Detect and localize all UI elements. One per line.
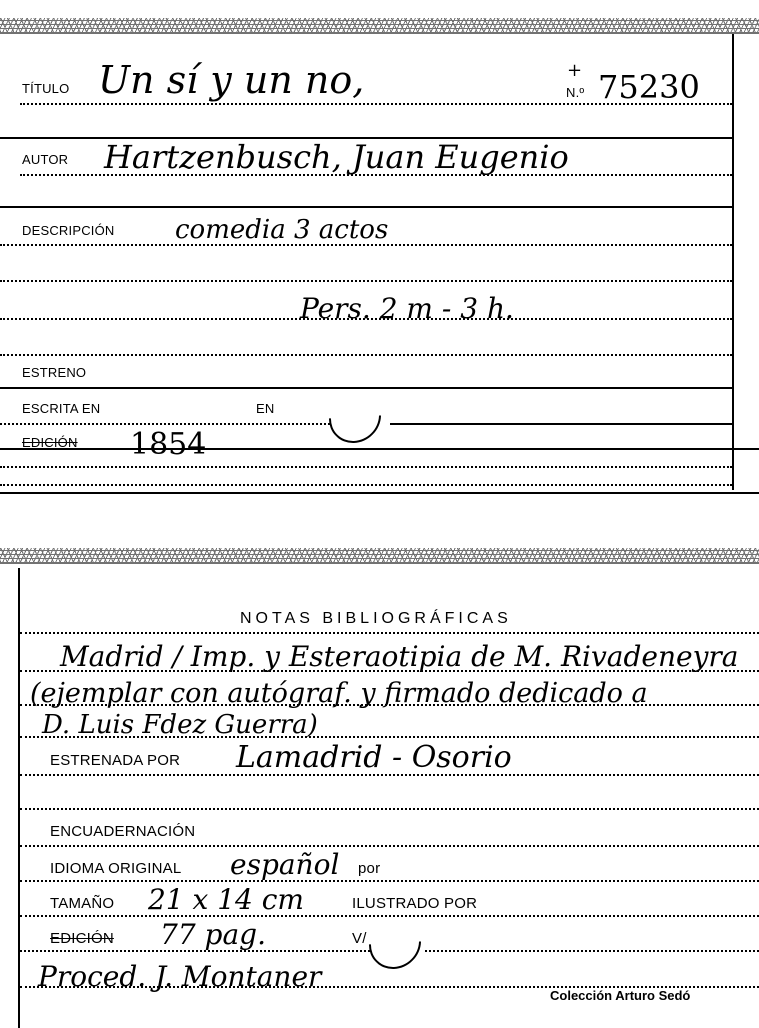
note-rule-2 (20, 704, 759, 706)
descripcion-value: comedia 3 actos (175, 215, 388, 245)
blank-rule-back (20, 808, 759, 810)
numero-mark: + (567, 60, 582, 81)
titulo-label: TÍTULO (22, 81, 69, 96)
numero-label: N.º (566, 85, 584, 100)
autor-label: AUTOR (22, 152, 68, 167)
estreno-rule (0, 387, 732, 389)
autor-value: Hartzenbusch, Juan Eugenio (104, 138, 569, 176)
encuadernacion-rule (20, 845, 759, 847)
card-bottom-edge (0, 492, 759, 494)
idioma-rule (20, 880, 759, 882)
personajes-rule (0, 318, 732, 320)
stamp-mark (318, 380, 392, 454)
edicion-back-value: 77 pag. (160, 918, 266, 951)
edicion-back-label: EDICIÓN (50, 930, 114, 947)
en-label: EN (256, 401, 274, 416)
escrita-en-rule-right (390, 423, 732, 425)
card-top-edge-texture (0, 18, 759, 32)
procedencia-value: Proced. J. Montaner (38, 960, 321, 993)
tamano-value: 21 x 14 cm (148, 883, 304, 916)
note-rule-3 (20, 736, 759, 738)
escrita-en-rule-left (0, 423, 330, 425)
idioma-por-label: por (358, 860, 380, 877)
card-top-edge-texture (0, 548, 759, 562)
encuadernacion-label: ENCUADERNACIÓN (50, 823, 195, 840)
descripcion-rule (0, 244, 732, 246)
estrenada-por-value: Lamadrid - Osorio (236, 740, 512, 775)
estreno-top-rule (0, 354, 732, 356)
idioma-original-label: IDIOMA ORIGINAL (50, 860, 181, 877)
blank-rule-1 (0, 280, 732, 282)
descripcion-top-rule (0, 206, 732, 208)
notas-heading: NOTAS BIBLIOGRÁFICAS (240, 610, 512, 628)
numero-value: 75230 (598, 68, 700, 106)
ilustrado-por-label: ILUSTRADO POR (352, 895, 477, 912)
estrenada-por-rule (20, 774, 759, 776)
card-left-border (18, 568, 20, 1028)
edicion-back-rule-left (20, 950, 370, 952)
edicion-back-rule-right (425, 950, 759, 952)
estreno-label: ESTRENO (22, 365, 86, 380)
catalog-card-front: TÍTULO Un sí y un no, + N.º 75230 AUTOR … (0, 0, 759, 500)
idioma-original-value: español (230, 848, 339, 881)
v-label: V/ (352, 930, 367, 947)
edicion-value: 1854 (130, 427, 206, 462)
descripcion-label: DESCRIPCIÓN (22, 223, 115, 238)
collection-stamp: Colección Arturo Sedó (550, 988, 690, 1003)
estrenada-por-label: ESTRENADA POR (50, 752, 180, 769)
titulo-rule (20, 103, 732, 105)
edicion-rule (0, 448, 759, 450)
stamp-mark-back (358, 906, 432, 980)
edicion-rule-2 (0, 466, 732, 468)
escrita-en-label: ESCRITA EN (22, 401, 100, 416)
tamano-label: TAMAÑO (50, 895, 114, 912)
catalog-card-back: NOTAS BIBLIOGRÁFICAS Madrid / Imp. y Est… (0, 540, 759, 1028)
autor-rule (20, 174, 732, 176)
note-rule-1 (20, 670, 759, 672)
card-right-border (732, 34, 734, 490)
note-line-1: Madrid / Imp. y Esteraotipia de M. Rivad… (60, 640, 739, 673)
bottom-rule (0, 484, 732, 486)
heading-rule (20, 632, 759, 634)
titulo-value: Un sí y un no, (98, 58, 364, 102)
personajes-value: Pers. 2 m - 3 h. (300, 292, 514, 325)
